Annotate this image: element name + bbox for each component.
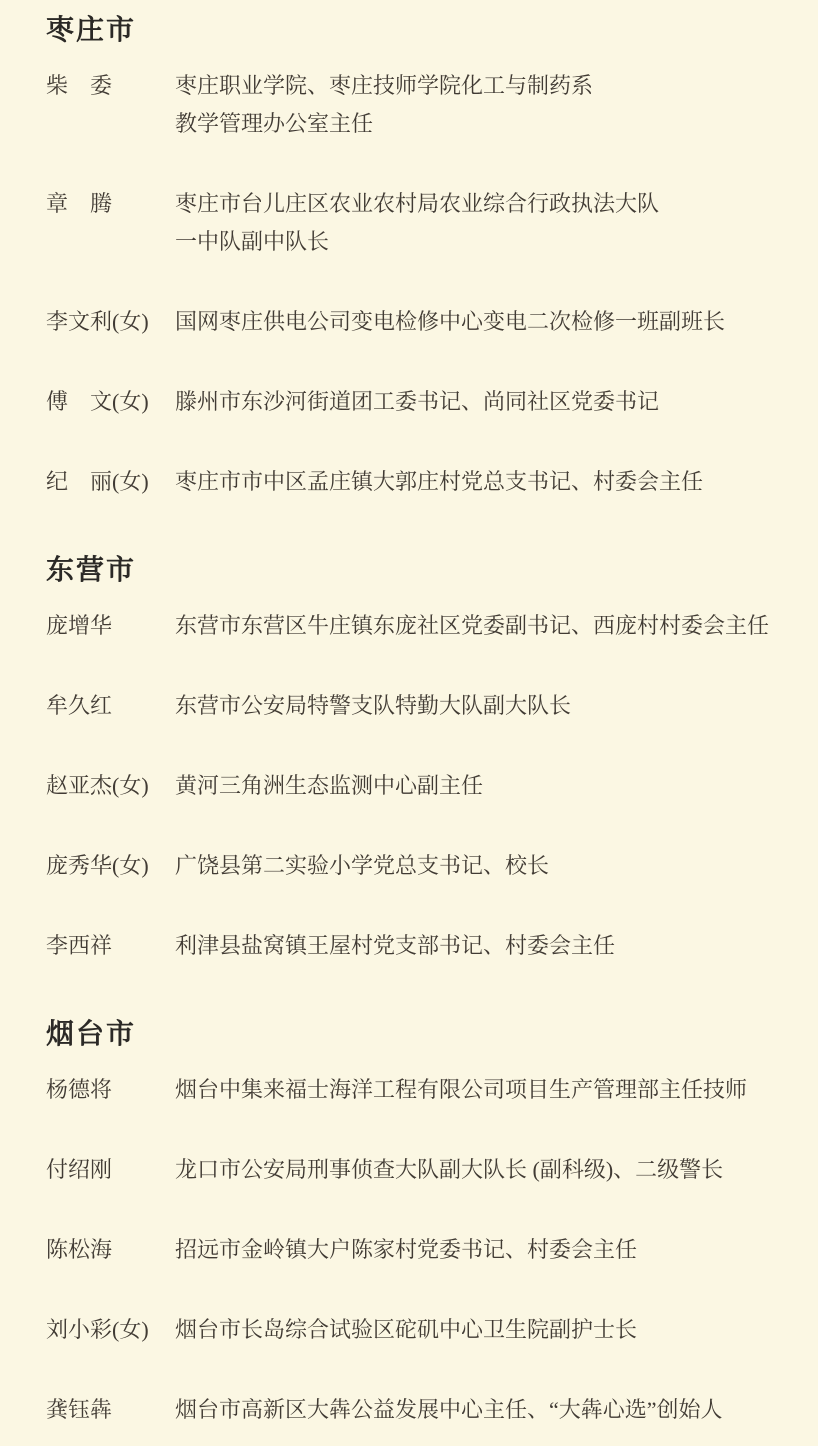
person-entry: 柴 委 枣庄职业学院、枣庄技师学院化工与制药系 教学管理办公室主任 (46, 67, 778, 143)
person-entry: 龚钰犇 烟台市高新区大犇公益发展中心主任、“大犇心选”创始人 (46, 1391, 778, 1429)
person-entry: 杨德将 烟台中集来福士海洋工程有限公司项目生产管理部主任技师 (46, 1071, 778, 1109)
person-name: 柴 委 (46, 67, 175, 105)
honor-roll-page: 枣庄市 柴 委 枣庄职业学院、枣庄技师学院化工与制药系 教学管理办公室主任 章 … (0, 0, 818, 1446)
person-position: 滕州市东沙河街道团工委书记、尚同社区党委书记 (175, 383, 778, 421)
person-entry: 李西祥 利津县盐窝镇王屋村党支部书记、村委会主任 (46, 927, 778, 965)
person-position: 烟台市高新区大犇公益发展中心主任、“大犇心选”创始人 (175, 1391, 778, 1429)
person-name: 赵亚杰(女) (46, 767, 175, 805)
person-position: 东营市东营区牛庄镇东庞社区党委副书记、西庞村村委会主任 (175, 607, 778, 645)
person-position: 东营市公安局特警支队特勤大队副大队长 (175, 687, 778, 725)
person-entry: 章 腾 枣庄市台儿庄区农业农村局农业综合行政执法大队 一中队副中队长 (46, 185, 778, 261)
person-entry: 刘小彩(女) 烟台市长岛综合试验区砣矶中心卫生院副护士长 (46, 1311, 778, 1349)
person-position-line: 烟台市高新区大犇公益发展中心主任、“大犇心选”创始人 (175, 1391, 778, 1429)
city-section-dongying: 东营市 庞增华 东营市东营区牛庄镇东庞社区党委副书记、西庞村村委会主任 牟久红 … (46, 553, 778, 965)
person-position-line: 黄河三角洲生态监测中心副主任 (175, 767, 778, 805)
person-position-line: 东营市公安局特警支队特勤大队副大队长 (175, 687, 778, 725)
person-position-line: 一中队副中队长 (175, 223, 778, 261)
person-name: 李文利(女) (46, 303, 175, 341)
city-section-zaozhuang: 枣庄市 柴 委 枣庄职业学院、枣庄技师学院化工与制药系 教学管理办公室主任 章 … (46, 13, 778, 501)
person-position-line: 滕州市东沙河街道团工委书记、尚同社区党委书记 (175, 383, 778, 421)
person-position-line: 枣庄市市中区孟庄镇大郭庄村党总支书记、村委会主任 (175, 463, 778, 501)
city-section-yantai: 烟台市 杨德将 烟台中集来福士海洋工程有限公司项目生产管理部主任技师 付绍刚 龙… (46, 1017, 778, 1429)
person-position-line: 烟台中集来福士海洋工程有限公司项目生产管理部主任技师 (175, 1071, 778, 1109)
person-entry: 牟久红 东营市公安局特警支队特勤大队副大队长 (46, 687, 778, 725)
person-name: 庞增华 (46, 607, 175, 645)
person-entry: 傅 文(女) 滕州市东沙河街道团工委书记、尚同社区党委书记 (46, 383, 778, 421)
city-section-title: 东营市 (46, 553, 778, 587)
person-name: 傅 文(女) (46, 383, 175, 421)
person-position-line: 东营市东营区牛庄镇东庞社区党委副书记、西庞村村委会主任 (175, 607, 778, 645)
person-position: 利津县盐窝镇王屋村党支部书记、村委会主任 (175, 927, 778, 965)
person-name: 付绍刚 (46, 1151, 175, 1189)
person-name: 杨德将 (46, 1071, 175, 1109)
person-position: 龙口市公安局刑事侦查大队副大队长 (副科级)、二级警长 (175, 1151, 778, 1189)
person-position-line: 枣庄职业学院、枣庄技师学院化工与制药系 (175, 67, 778, 105)
person-entry: 庞秀华(女) 广饶县第二实验小学党总支书记、校长 (46, 847, 778, 885)
person-position-line: 广饶县第二实验小学党总支书记、校长 (175, 847, 778, 885)
person-position: 枣庄市台儿庄区农业农村局农业综合行政执法大队 一中队副中队长 (175, 185, 778, 261)
person-name: 牟久红 (46, 687, 175, 725)
person-position-line: 教学管理办公室主任 (175, 105, 778, 143)
person-entry: 付绍刚 龙口市公安局刑事侦查大队副大队长 (副科级)、二级警长 (46, 1151, 778, 1189)
person-entry: 赵亚杰(女) 黄河三角洲生态监测中心副主任 (46, 767, 778, 805)
person-entry: 纪 丽(女) 枣庄市市中区孟庄镇大郭庄村党总支书记、村委会主任 (46, 463, 778, 501)
person-name: 纪 丽(女) (46, 463, 175, 501)
person-entry: 李文利(女) 国网枣庄供电公司变电检修中心变电二次检修一班副班长 (46, 303, 778, 341)
person-name: 李西祥 (46, 927, 175, 965)
person-position: 招远市金岭镇大户陈家村党委书记、村委会主任 (175, 1231, 778, 1269)
person-entry: 陈松海 招远市金岭镇大户陈家村党委书记、村委会主任 (46, 1231, 778, 1269)
person-position: 烟台市长岛综合试验区砣矶中心卫生院副护士长 (175, 1311, 778, 1349)
person-position: 广饶县第二实验小学党总支书记、校长 (175, 847, 778, 885)
person-name: 庞秀华(女) (46, 847, 175, 885)
person-position-line: 枣庄市台儿庄区农业农村局农业综合行政执法大队 (175, 185, 778, 223)
person-position: 枣庄职业学院、枣庄技师学院化工与制药系 教学管理办公室主任 (175, 67, 778, 143)
person-name: 龚钰犇 (46, 1391, 175, 1429)
person-position-line: 招远市金岭镇大户陈家村党委书记、村委会主任 (175, 1231, 778, 1269)
person-name: 刘小彩(女) (46, 1311, 175, 1349)
city-section-title: 烟台市 (46, 1017, 778, 1051)
person-entry: 庞增华 东营市东营区牛庄镇东庞社区党委副书记、西庞村村委会主任 (46, 607, 778, 645)
person-name: 章 腾 (46, 185, 175, 223)
person-position: 国网枣庄供电公司变电检修中心变电二次检修一班副班长 (175, 303, 778, 341)
person-position: 黄河三角洲生态监测中心副主任 (175, 767, 778, 805)
city-section-title: 枣庄市 (46, 13, 778, 47)
person-position-line: 烟台市长岛综合试验区砣矶中心卫生院副护士长 (175, 1311, 778, 1349)
person-position: 枣庄市市中区孟庄镇大郭庄村党总支书记、村委会主任 (175, 463, 778, 501)
person-name: 陈松海 (46, 1231, 175, 1269)
person-position-line: 国网枣庄供电公司变电检修中心变电二次检修一班副班长 (175, 303, 778, 341)
person-position-line: 龙口市公安局刑事侦查大队副大队长 (副科级)、二级警长 (175, 1151, 778, 1189)
person-position: 烟台中集来福士海洋工程有限公司项目生产管理部主任技师 (175, 1071, 778, 1109)
person-position-line: 利津县盐窝镇王屋村党支部书记、村委会主任 (175, 927, 778, 965)
